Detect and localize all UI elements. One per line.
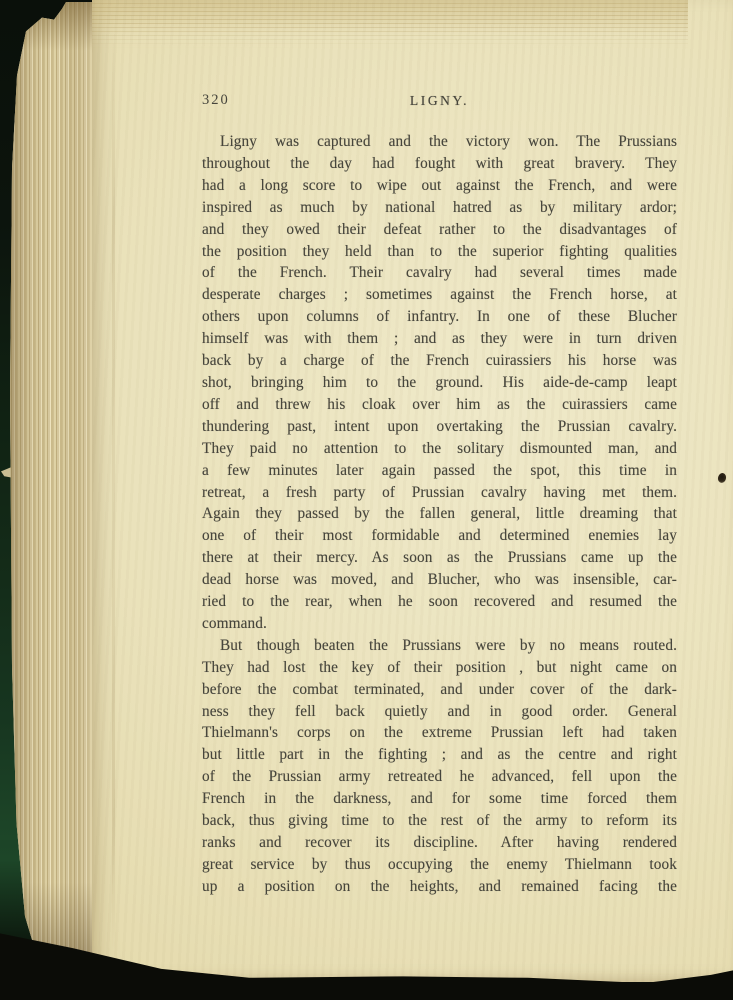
text-line: Again they passed by the fallen general,… bbox=[202, 503, 677, 525]
text-line: ness they fell back quietly and in good … bbox=[202, 701, 677, 723]
text-line: dead horse was moved, and Blucher, who w… bbox=[202, 569, 677, 591]
text-line: inspired as much by national hatred as b… bbox=[202, 197, 677, 219]
text-line: thundering past, intent upon overtaking … bbox=[202, 416, 677, 438]
text-line: of the Prussian army retreated he advanc… bbox=[202, 766, 677, 788]
text-line: Ligny was captured and the victory won. … bbox=[202, 131, 677, 153]
text-line: shot, bringing him to the ground. His ai… bbox=[202, 372, 677, 394]
text-line: They had lost the key of their position … bbox=[202, 657, 677, 679]
paragraph: Ligny was captured and the victory won. … bbox=[202, 131, 677, 635]
text-line: desperate charges ; sometimes against th… bbox=[202, 284, 677, 306]
text-line: a few minutes later again passed the spo… bbox=[202, 460, 677, 482]
page-surface: 320 LIGNY. Ligny was captured and the vi… bbox=[92, 0, 733, 982]
text-line: there at their mercy. As soon as the Pru… bbox=[202, 547, 677, 569]
text-line: before the combat terminated, and under … bbox=[202, 679, 677, 701]
text-line: off and threw his cloak over him as the … bbox=[202, 394, 677, 416]
body-text: Ligny was captured and the victory won. … bbox=[202, 131, 677, 898]
text-line: others upon columns of infantry. In one … bbox=[202, 306, 677, 328]
text-line: back, thus giving time to the rest of th… bbox=[202, 810, 677, 832]
page-crease bbox=[112, 30, 115, 950]
text-line: one of their most formidable and determi… bbox=[202, 525, 677, 547]
text-line: the position they held than to the super… bbox=[202, 241, 677, 263]
text-line: had a long score to wipe out against the… bbox=[202, 175, 677, 197]
running-header: LIGNY. bbox=[202, 93, 677, 109]
text-line: ried to the rear, when he soon recovered… bbox=[202, 591, 677, 613]
text-line: back by a charge of the French cuirassie… bbox=[202, 350, 677, 372]
text-line: Thielmann's corps on the extreme Prussia… bbox=[202, 722, 677, 744]
ink-speck bbox=[717, 472, 727, 484]
text-line: great service by thus occupying the enem… bbox=[202, 854, 677, 876]
text-line: They paid no attention to the solitary d… bbox=[202, 438, 677, 460]
text-line: of the French. Their cavalry had several… bbox=[202, 262, 677, 284]
text-line: and they owed their defeat rather to the… bbox=[202, 219, 677, 241]
text-line: up a position on the heights, and remain… bbox=[202, 876, 677, 898]
text-line: ranks and recover its discipline. After … bbox=[202, 832, 677, 854]
text-line: retreat, a fresh party of Prussian caval… bbox=[202, 482, 677, 504]
text-line: but little part in the fighting ; and as… bbox=[202, 744, 677, 766]
paragraph: But though beaten the Prussians were by … bbox=[202, 635, 677, 898]
text-line: French in the darkness, and for some tim… bbox=[202, 788, 677, 810]
text-line: himself was with them ; and as they were… bbox=[202, 328, 677, 350]
book-scan: 320 LIGNY. Ligny was captured and the vi… bbox=[0, 0, 733, 1000]
text-line: command. bbox=[202, 613, 677, 635]
page-top-edge-stack bbox=[92, 0, 688, 48]
text-line: throughout the day had fought with great… bbox=[202, 153, 677, 175]
text-line: But though beaten the Prussians were by … bbox=[202, 635, 677, 657]
